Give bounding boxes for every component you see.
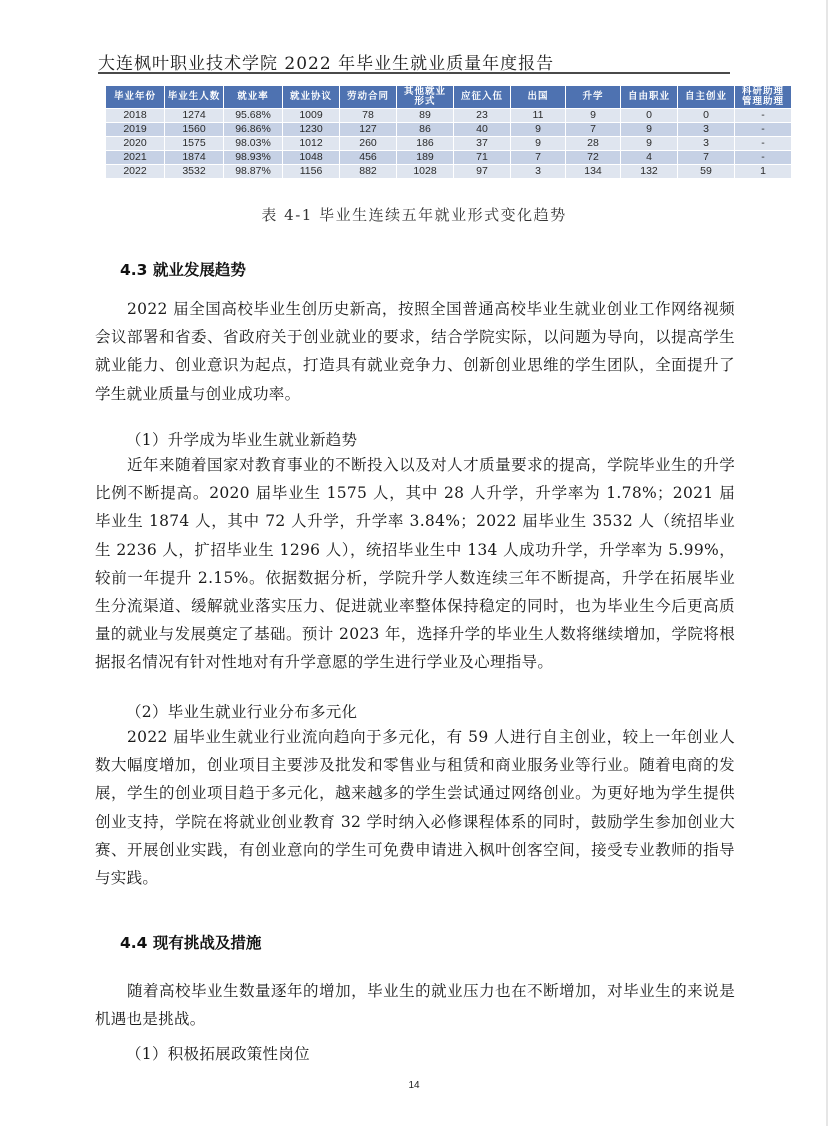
- table-cell: 3532: [165, 165, 223, 178]
- table-cell: 37: [454, 137, 510, 150]
- column-header: 就业协议: [283, 86, 339, 108]
- table-cell: 98.87%: [224, 165, 282, 178]
- table-cell: 98.03%: [224, 137, 282, 150]
- table-cell: 186: [397, 137, 453, 150]
- table-cell: 127: [340, 123, 396, 136]
- table-cell: 134: [566, 165, 620, 178]
- table-cell: 1: [735, 165, 791, 178]
- subheading-policy-jobs: （1）积极拓展政策性岗位: [126, 1042, 310, 1064]
- employment-trend-table: 毕业年份毕业生人数就业率就业协议劳动合同其他就业形式应征入伍出国升学自由职业自主…: [105, 85, 792, 179]
- table-cell: 2022: [106, 165, 164, 178]
- column-header-label: 自由职业: [628, 91, 670, 102]
- table-cell: 71: [454, 151, 510, 164]
- table-cell: 7: [566, 123, 620, 136]
- table-cell: 132: [621, 165, 677, 178]
- table-cell: 72: [566, 151, 620, 164]
- column-header-label: 就业协议: [290, 91, 332, 102]
- section-title-4-4: 4.4 现有挑战及措施: [120, 931, 261, 953]
- header-rule: [98, 72, 730, 74]
- column-header-label: 升学: [582, 91, 603, 102]
- table-cell: 1012: [283, 137, 339, 150]
- table-body: 2018127495.68%100978892311900-2019156096…: [106, 109, 791, 178]
- table-cell: 189: [397, 151, 453, 164]
- table-caption: 表 4-1 毕业生连续五年就业形式变化趋势: [0, 204, 828, 225]
- table-cell: 3: [678, 137, 734, 150]
- table-cell: 28: [566, 137, 620, 150]
- column-header-label: 劳动合同: [347, 91, 389, 102]
- table-header-row: 毕业年份毕业生人数就业率就业协议劳动合同其他就业形式应征入伍出国升学自由职业自主…: [106, 86, 791, 108]
- table-cell: 78: [340, 109, 396, 122]
- column-header: 毕业生人数: [165, 86, 223, 108]
- table-cell: 23: [454, 109, 510, 122]
- table-cell: 260: [340, 137, 396, 150]
- column-header-label: 就业率: [237, 91, 269, 102]
- table-cell: 9: [566, 109, 620, 122]
- table-cell: 59: [678, 165, 734, 178]
- paragraph-4-4-intro: 随着高校毕业生数量逐年的增加，毕业生的就业压力也在不断增加，对毕业生的来说是机遇…: [95, 977, 735, 1033]
- section-title-4-3: 4.3 就业发展趋势: [120, 258, 246, 280]
- table-cell: 7: [511, 151, 565, 164]
- table-cell: 96.86%: [224, 123, 282, 136]
- column-header: 毕业年份: [106, 86, 164, 108]
- table-cell: 882: [340, 165, 396, 178]
- table-row: 2020157598.03%10122601863792893-: [106, 137, 791, 150]
- table-cell: 2019: [106, 123, 164, 136]
- subheading-further-study: （1）升学成为毕业生就业新趋势: [126, 428, 357, 450]
- column-header: 自主创业: [678, 86, 734, 108]
- column-header: 应征入伍: [454, 86, 510, 108]
- table-cell: 97: [454, 165, 510, 178]
- column-header-label: 毕业年份: [114, 91, 156, 102]
- table-cell: 0: [678, 109, 734, 122]
- column-header: 就业率: [224, 86, 282, 108]
- table-cell: 0: [621, 109, 677, 122]
- table-cell: 9: [621, 137, 677, 150]
- table-cell: 1274: [165, 109, 223, 122]
- table-cell: 2018: [106, 109, 164, 122]
- table-cell: 9: [511, 123, 565, 136]
- table-cell: 11: [511, 109, 565, 122]
- table-cell: 1230: [283, 123, 339, 136]
- table-cell: 86: [397, 123, 453, 136]
- page-number: 14: [0, 1080, 828, 1091]
- table-cell: 9: [621, 123, 677, 136]
- table-cell: -: [735, 109, 791, 122]
- table-cell: 1048: [283, 151, 339, 164]
- column-header-label: 形式: [414, 96, 435, 107]
- table-cell: 95.68%: [224, 109, 282, 122]
- table-cell: 3: [511, 165, 565, 178]
- column-header-label: 毕业生人数: [168, 91, 221, 102]
- table-cell: 1156: [283, 165, 339, 178]
- table-row: 2019156096.86%123012786409793-: [106, 123, 791, 136]
- paragraph-industry-diversity: 2022 届毕业生就业行业流向趋向于多元化，有 59 人进行自主创业，较上一年创…: [95, 723, 735, 892]
- table-cell: 1028: [397, 165, 453, 178]
- table-row: 2022353298.87%11568821028973134132591: [106, 165, 791, 178]
- table-cell: 2020: [106, 137, 164, 150]
- table-row: 2018127495.68%100978892311900-: [106, 109, 791, 122]
- column-header: 劳动合同: [340, 86, 396, 108]
- table-cell: 1009: [283, 109, 339, 122]
- column-header: 升学: [566, 86, 620, 108]
- table-cell: 1560: [165, 123, 223, 136]
- column-header-label: 出国: [527, 91, 548, 102]
- paragraph-4-3-intro: 2022 届全国高校毕业生创历史新高，按照全国普通高校毕业生就业创业工作网络视频…: [95, 295, 735, 408]
- column-header-label: 应征入伍: [461, 91, 503, 102]
- table-cell: 98.93%: [224, 151, 282, 164]
- column-header-label: 自主创业: [685, 91, 727, 102]
- table-cell: 9: [511, 137, 565, 150]
- table-cell: 89: [397, 109, 453, 122]
- column-header: 科研助理管理助理: [735, 86, 791, 108]
- table-cell: -: [735, 151, 791, 164]
- table-row: 2021187498.93%10484561897177247-: [106, 151, 791, 164]
- table-cell: 2021: [106, 151, 164, 164]
- running-header: 大连枫叶职业技术学院 2022 年毕业生就业质量年度报告: [98, 49, 730, 74]
- column-header: 其他就业形式: [397, 86, 453, 108]
- table-cell: 40: [454, 123, 510, 136]
- paragraph-further-study: 近年来随着国家对教育事业的不断投入以及对人才质量要求的提高，学院毕业生的升学比例…: [95, 451, 735, 677]
- column-header: 出国: [511, 86, 565, 108]
- table-cell: 1874: [165, 151, 223, 164]
- column-header-label: 管理助理: [742, 96, 784, 107]
- table-cell: 7: [678, 151, 734, 164]
- subheading-industry-diversity: （2）毕业生就业行业分布多元化: [126, 700, 357, 722]
- table-cell: 1575: [165, 137, 223, 150]
- table-cell: -: [735, 123, 791, 136]
- column-header: 自由职业: [621, 86, 677, 108]
- table-cell: 456: [340, 151, 396, 164]
- table-cell: 4: [621, 151, 677, 164]
- table-cell: 3: [678, 123, 734, 136]
- table-cell: -: [735, 137, 791, 150]
